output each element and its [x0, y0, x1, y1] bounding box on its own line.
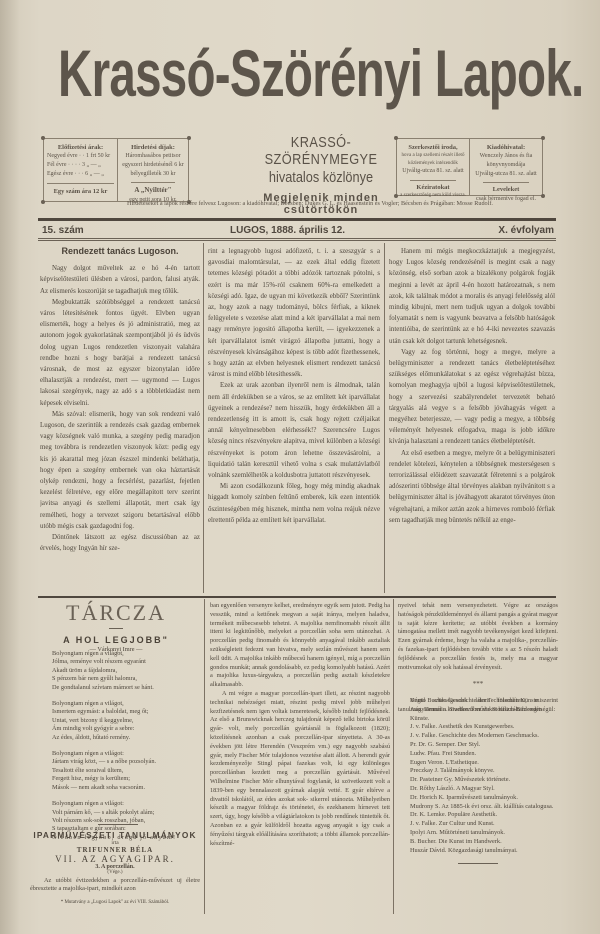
poem-line: S pénzem bár nem gyűlt halomra,: [52, 675, 202, 683]
paragraph: Hanem mi mégis megkoczkáztatjuk a megjeg…: [389, 246, 555, 347]
ads-heading: Hirdetési díjak:: [121, 143, 185, 152]
series-author: TRIFUNNER BÉLA: [30, 846, 200, 854]
price-row: Egész évre · · · 6 „ — „: [47, 170, 114, 179]
chapter-title: VII. AZ AGYAGIPAR.: [30, 854, 200, 864]
poem-stanza: Bolyongtam régen a világot, Jólma, remén…: [52, 650, 202, 692]
poem-line: Az édes, áldott, hűtató remény.: [52, 734, 202, 742]
poem-stanza: Bolyongtam régen a világot: Jártam virág…: [52, 750, 202, 792]
bib-entry: Bruno Bucher. Geschichte der Technischen…: [398, 697, 558, 706]
series-article: IPARMŰVÉSZETI TANULMÁNYOK irta TRIFUNNER…: [30, 830, 200, 905]
article-title: Rendezett tanács Lugoson.: [40, 246, 200, 257]
bib-entry: Huszár Dávid. Közgazdasági tanulmányai.: [398, 847, 558, 856]
divider: [109, 628, 123, 629]
column-divider: [204, 599, 205, 914]
newspaper-page: Krassó-Szörényi Lapok. Előfizetési árak:…: [0, 0, 600, 934]
paragraph: Ezek az urak azonban ilyenről nem is álm…: [208, 380, 380, 481]
article-column-3: Hanem mi mégis megkoczkáztatjuk a megjeg…: [389, 246, 555, 594]
corner-ornament: [41, 200, 45, 204]
footnote: * Mutatvány a „Lugosi Lapok" az évi VIII…: [30, 900, 200, 905]
poem-title: A HOL LEGJOBB": [36, 635, 196, 645]
poem-line: Tesaltott élte soraival ültem,: [52, 767, 202, 775]
price-row: Fél évre · · · · 3 „ — „: [47, 161, 114, 170]
column-divider: [393, 599, 394, 914]
bib-entry: Ipolyi Arn. Műtörténeti tanulmányok.: [398, 829, 558, 838]
series-title: IPARMŰVÉSZETI TANULMÁNYOK: [30, 830, 200, 840]
continuation-note: (Vége.): [30, 870, 200, 875]
paragraph: ban egyenlően versenyre kelhet, eredmény…: [210, 602, 390, 690]
official-gazette: hivatalos közlönye: [240, 169, 402, 186]
divider: [131, 182, 175, 183]
bib-entry: Eugen Veron. L'Esthetique.: [398, 759, 558, 768]
imprint-line: Hirdetéseket a lapok részére felvesz Lug…: [60, 200, 560, 207]
poem: Bolyongtam régen a világot, Jólma, remén…: [52, 650, 202, 850]
bib-entry: Aug. Demmin. Studien über die Stofflich-…: [398, 706, 558, 724]
manuscripts-text: a szerkesztőség nem küld vissza.: [400, 192, 466, 199]
corner-ornament: [394, 194, 398, 198]
corner-ornament: [541, 194, 545, 198]
editorial-box: Szerkesztői iroda, hova a lap szellemi r…: [396, 138, 543, 196]
office-heading: Szerkesztői iroda,: [400, 143, 466, 152]
publisher-heading: Kiadóhivatal:: [473, 143, 539, 152]
divider: [410, 180, 456, 181]
corner-ornament: [541, 136, 545, 140]
nyilter-heading: A „Nyilttér": [121, 185, 185, 195]
column-divider: [384, 243, 385, 593]
county-name: KRASSÓ-SZÖRÉNYMEGYE: [240, 134, 402, 168]
single-issue-price: Egy szám ára 12 kr: [47, 183, 114, 196]
corner-ornament: [41, 136, 45, 140]
office-address: Ujváltg-utcza 81. sz. alatt: [400, 167, 466, 176]
paragraph: Az utóbbi évtizedekben a porczellán-művé…: [30, 877, 200, 894]
bib-entry: Dr. K. Lemke. Populäre Aesthetik.: [398, 811, 558, 820]
poem-line: Bolyongtam régen a világot:: [52, 750, 202, 758]
lower-column-2: ban egyenlően versenyre kelhet, eredmény…: [210, 602, 390, 914]
poem-line: Akadt üröm a fájdalomra,: [52, 667, 202, 675]
bib-entry: Dr. Pasteiner Gy. Művészetek története.: [398, 776, 558, 785]
poem-line: Volt párnám kő, — s alták pokolyt alám;: [52, 809, 202, 817]
dateline-rule: [38, 240, 556, 241]
column-divider: [203, 243, 204, 593]
poem-stanza: Bolyongtam régen a világot, Ismertem egy…: [52, 700, 202, 742]
section-rule: [38, 596, 556, 598]
section-break: ***: [398, 680, 558, 689]
article-column-1: Rendezett tanács Lugoson. Nagy dolgot mű…: [40, 244, 200, 594]
place-date: LUGOS, 1888. április 12.: [230, 225, 345, 236]
bib-entry: J. v. Falke. Aesthetik des Kunstgewerbes…: [398, 723, 558, 732]
bib-entry: Pr. Dr. G. Semper. Der Styl.: [398, 741, 558, 750]
article-column-2: rint a legnagyobb lugosi adófizető, t. i…: [208, 246, 380, 594]
paragraph: Az első esetben a megye, melyre őt a bel…: [389, 448, 555, 526]
paragraph: Nagy dolgot műveltek az e hó 4-én tartot…: [40, 263, 200, 297]
bib-entry: Dr. Horich K. Iparművészeti tanulmányok.: [398, 794, 558, 803]
poem-line: Ismertem egymást: a baloldat, meg őt;: [52, 708, 202, 716]
price-row: Negyed évre · · 1 frt 50 kr: [47, 152, 114, 161]
bib-entry: B. Bucher. Die Kunst im Handwerk.: [398, 838, 558, 847]
subscription-heading: Előfizetési árak:: [47, 143, 114, 152]
poem-line: Bolyongtam régen a világot:: [52, 800, 202, 808]
dateline-rule: [38, 238, 556, 239]
page-fold-shadow: [0, 0, 20, 934]
poem-line: Untat, vert bizony il keggyelme,: [52, 717, 202, 725]
poem-line: Jártam virág közt, — s a nőbe pozsolyán.: [52, 758, 202, 766]
paragraph: rint a legnagyobb lugosi adófizető, t. i…: [208, 246, 380, 380]
poem-line: Fergett hisz, mégy is kerültem;: [52, 775, 202, 783]
tarcza-header: TÁRCZA A HOL LEGJOBB" — Várkonyi Imre —: [36, 600, 196, 653]
paragraph: nyeivel tehát nem versenyezhetett. Végre…: [398, 602, 558, 672]
paragraph: Más szóval: elismerik, hogy van sok rend…: [40, 409, 200, 532]
paragraph: Döntőnek látszott az egész discussióban …: [40, 532, 200, 554]
divider: [98, 824, 138, 825]
paragraph: Mi azon csodálkozunk főleg, hogy még min…: [208, 481, 380, 526]
divider: [483, 182, 529, 183]
paragraph: Megbuktatták szótöbbséggel a rendezett t…: [40, 297, 200, 409]
office-text: hova a lap szellemi részét illető közlem…: [400, 152, 466, 167]
paragraph: Vagy az fog történni, hogy a megye, mely…: [389, 347, 555, 448]
bib-entry: J. v. Falke. Zur Cultur und Kunst.: [398, 820, 558, 829]
bibliography: Bruno Bucher. Geschichte der Technischen…: [398, 697, 558, 917]
bib-entry: Ludw. Pfau. Frei Stunden.: [398, 750, 558, 759]
end-rule: [458, 863, 498, 864]
poem-line: Jólma, reménye volt részem egyaránt: [52, 658, 202, 666]
bib-entry: Mudrony S. Az 1885-ik évi orsz. ált. kiá…: [398, 803, 558, 812]
corner-ornament: [187, 136, 191, 140]
paragraph: A mi végre a magyar porczellán-ipart ill…: [210, 690, 390, 848]
corner-ornament: [394, 136, 398, 140]
masthead-title: Krassó-Szörényi Lapok.: [58, 40, 396, 106]
poem-line: De gondtalanul szívtam mámort se hánt.: [52, 684, 202, 692]
poem-line: Mások — nem akadt soha vacsorám.: [52, 784, 202, 792]
poem-line: Ám mindig volt gyógyír a sebre:: [52, 725, 202, 733]
bib-entry: Dr. Rőthy László. A Magyar Styl.: [398, 785, 558, 794]
bib-entry: J. v. Falke. Geschichte des Modernen Ges…: [398, 732, 558, 741]
tarcza-title: TÁRCZA: [36, 600, 196, 626]
volume: X. évfolyam: [498, 225, 554, 236]
bib-entry: Preczkay J. Találmányok könyve.: [398, 767, 558, 776]
header-rule: [38, 218, 556, 221]
poem-line: Bolyongtam régen a világot,: [52, 700, 202, 708]
subscription-box: Előfizetési árak: Negyed évre · · 1 frt …: [43, 138, 189, 202]
publisher-text: Wenczely János és fia könyvnyomdája: [473, 152, 539, 169]
issue-number: 15. szám: [42, 225, 84, 236]
ads-text: Háromhasábos petitsor egyszeri hirdetésé…: [121, 152, 185, 178]
poem-line: Bolyongtam régen a világot,: [52, 650, 202, 658]
manuscripts-heading: Kéziratokat: [400, 183, 466, 192]
publisher-address: Ujváltg-utcza 81. sz. alatt: [473, 170, 539, 179]
letters-heading: Leveleket: [473, 185, 539, 194]
